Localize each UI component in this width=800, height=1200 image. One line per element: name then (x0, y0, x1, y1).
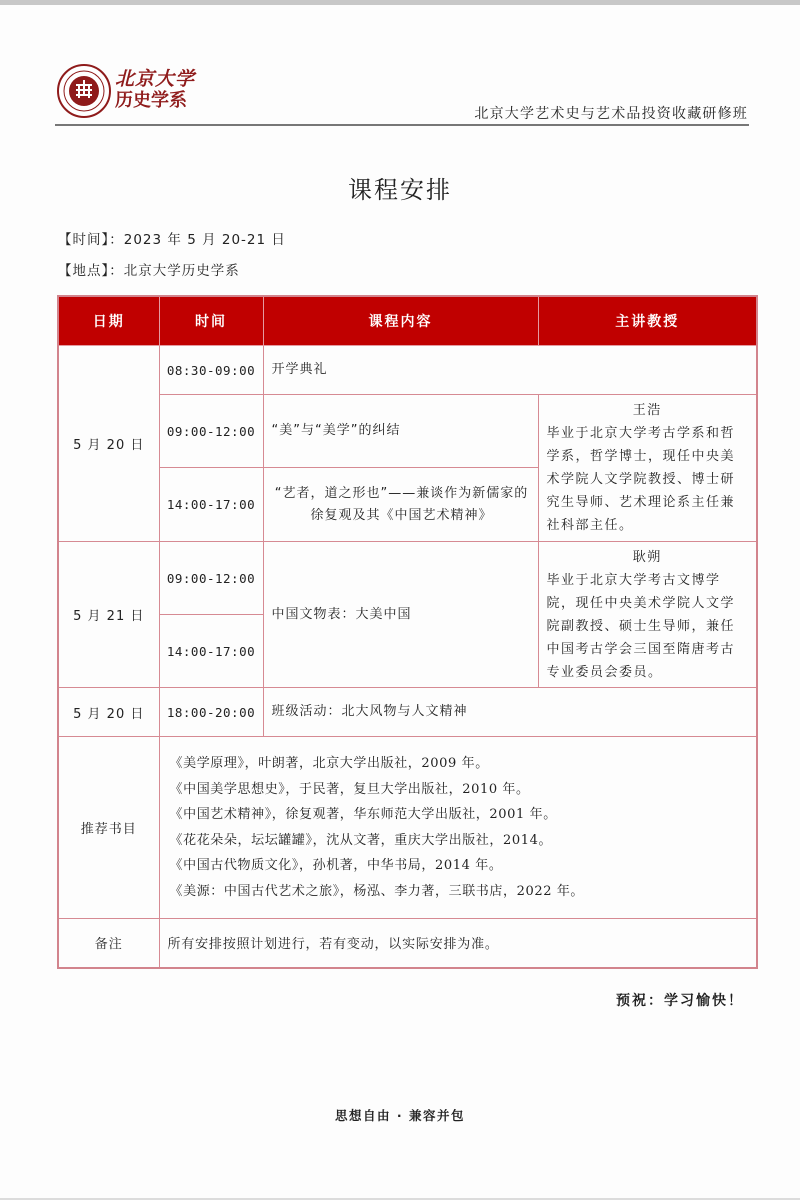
book-list: 《美学原理》，叶朗著，北京大学出版社，2009 年。 《中国美学思想史》，于民著… (159, 737, 757, 919)
notes-row: 备注 所有安排按照计划进行，若有变动，以实际安排为准。 (58, 919, 757, 968)
program-name: 北京大学艺术史与艺术品投资收藏研修班 (474, 103, 748, 123)
content-cell: “艺者，道之形也”——兼谈作为新儒家的徐复观及其《中国艺术精神》 (263, 468, 538, 542)
place-label: 【地点】： (58, 263, 124, 279)
book-item: 《中国古代物质文化》，孙机著，中华书局，2014 年。 (170, 853, 747, 879)
empty-cell (538, 346, 757, 395)
page-title: 课程安排 (0, 170, 800, 205)
date-cell: 5 月 20 日 (58, 688, 159, 737)
book-item: 《中国美学思想史》，于民著，复旦大学出版社，2010 年。 (170, 777, 747, 803)
professor-name: 王浩 (547, 399, 749, 422)
time-cell: 18:00-20:00 (159, 688, 263, 737)
book-item: 《美学原理》，叶朗著，北京大学出版社，2009 年。 (170, 751, 747, 777)
table-header-row: 日期 时间 课程内容 主讲教授 (58, 296, 757, 346)
time-cell: 09:00-12:00 (159, 395, 263, 468)
column-header-content: 课程内容 (263, 296, 538, 346)
header-divider (55, 124, 749, 126)
professor-bio: 毕业于北京大学考古学系和哲学系，哲学博士，现任中央美术学院人文学院教授、博士研究… (547, 426, 736, 533)
column-header-time: 时间 (159, 296, 263, 346)
time-cell: 08:30-09:00 (159, 346, 263, 395)
professor-bio: 毕业于北京大学考古文博学院，现任中央美术学院人文学院副教授、硕士生导师，兼任中国… (547, 573, 736, 680)
book-item: 《中国艺术精神》，徐复观著，华东师范大学出版社，2001 年。 (170, 802, 747, 828)
time-label: 【时间】： (58, 232, 124, 248)
table-row: 09:00-12:00 “美”与“美学”的纠结 王浩 毕业于北京大学考古学系和哲… (58, 395, 757, 468)
books-row: 推荐书目 《美学原理》，叶朗著，北京大学出版社，2009 年。 《中国美学思想史… (58, 737, 757, 919)
book-item: 《花花朵朵，坛坛罐罐》，沈从文著，重庆大学出版社，2014。 (170, 828, 747, 854)
book-item: 《美源：中国古代艺术之旅》，杨泓、李力著，三联书店，2022 年。 (170, 879, 747, 905)
column-header-professor: 主讲教授 (538, 296, 757, 346)
table-row: 5 月 20 日 08:30-09:00 开学典礼 (58, 346, 757, 395)
university-name: 北京大学 (115, 68, 195, 90)
closing-wish: 预祝：学习愉快！ (616, 990, 744, 1010)
time-cell: 14:00-17:00 (159, 615, 263, 688)
department-name: 北京大学 历史学系 (115, 68, 195, 112)
date-cell: 5 月 21 日 (58, 542, 159, 688)
content-cell: 班级活动：北大风物与人文精神 (263, 688, 757, 737)
books-label: 推荐书目 (58, 737, 159, 919)
content-cell: “美”与“美学”的纠结 (263, 395, 538, 468)
department-logo-icon (57, 64, 111, 118)
professor-cell: 王浩 毕业于北京大学考古学系和哲学系，哲学博士，现任中央美术学院人文学院教授、博… (538, 395, 757, 542)
notes-text: 所有安排按照计划进行，若有变动，以实际安排为准。 (159, 919, 757, 968)
content-cell: 开学典礼 (263, 346, 538, 395)
content-cell: 中国文物表：大美中国 (263, 542, 538, 688)
time-cell: 14:00-17:00 (159, 468, 263, 542)
table-row: 5 月 21 日 09:00-12:00 中国文物表：大美中国 耿朔 毕业于北京… (58, 542, 757, 615)
schedule-table: 日期 时间 课程内容 主讲教授 5 月 20 日 08:30-09:00 开学典… (57, 295, 758, 969)
place-value: 北京大学历史学系 (124, 263, 240, 279)
top-edge-band (0, 0, 800, 5)
time-cell: 09:00-12:00 (159, 542, 263, 615)
time-info: 【时间】：2023 年 5 月 20-21 日 (58, 228, 286, 248)
place-info: 【地点】：北京大学历史学系 (58, 259, 240, 279)
notes-label: 备注 (58, 919, 159, 968)
time-value: 2023 年 5 月 20-21 日 (124, 232, 286, 248)
professor-name: 耿朔 (547, 546, 749, 569)
column-header-date: 日期 (58, 296, 159, 346)
professor-cell: 耿朔 毕业于北京大学考古文博学院，现任中央美术学院人文学院副教授、硕士生导师，兼… (538, 542, 757, 688)
table-row: 5 月 20 日 18:00-20:00 班级活动：北大风物与人文精神 (58, 688, 757, 737)
department-label: 历史学系 (115, 90, 195, 112)
footer-motto: 思想自由 · 兼容并包 (0, 1106, 800, 1124)
date-cell: 5 月 20 日 (58, 346, 159, 542)
